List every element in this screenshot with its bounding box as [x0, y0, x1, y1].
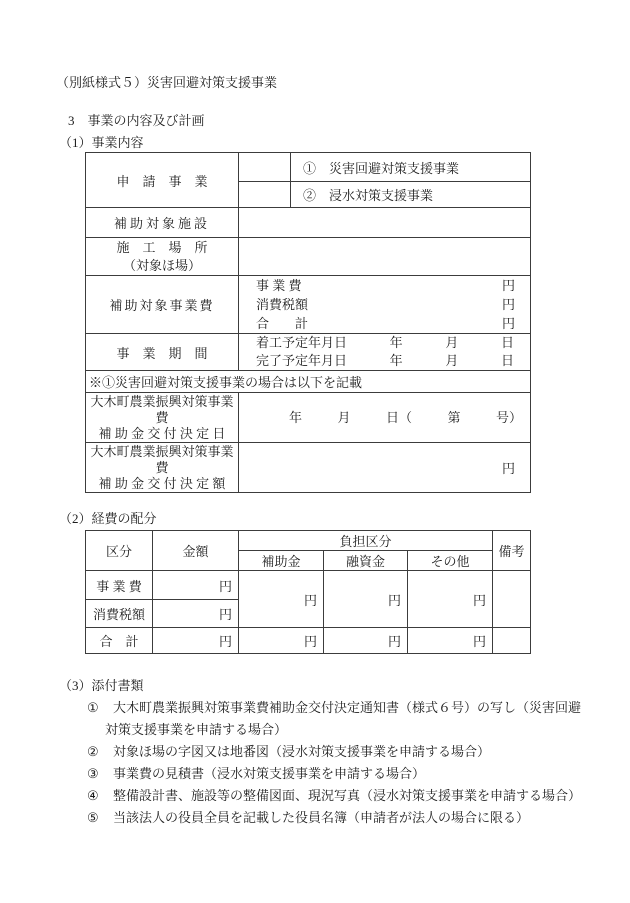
period-cell: 着工予定年月日 年 月 日 完了予定年月日 年 月 日 [239, 334, 531, 371]
grant-date-label-line2: 費 [86, 410, 238, 426]
project-detail-table: 申 請 事 業 ① 災害回避対策支援事業 ② 浸水対策支援事業 補助対象施設 施… [85, 152, 531, 493]
grant-amount-label-line3: 補 助 金 交 付 決 定 額 [86, 476, 238, 492]
attachment-4-line1: 整備設計書、施設等の整備図面、現況写真（浸水対策支援事業を申請する場合） [113, 785, 607, 807]
gokei-sonota-cell: 円 [408, 628, 493, 654]
cost-row-jigyohi-unit: 円 [502, 276, 515, 295]
grant-amount-label: 大木町農業振興対策事業 費 補 助 金 交 付 決 定 額 [86, 443, 239, 493]
gokei-yushikin-cell: 円 [324, 628, 408, 654]
note-row: ※①災害回避対策支援事業の場合は以下を記載 [86, 371, 531, 393]
row-label-jigyohi: 事 業 費 [86, 571, 153, 600]
attachments-list: ① 大木町農業振興対策事業費補助金交付決定通知書（様式６号）の写し（災害回避 対… [87, 697, 607, 829]
cost-breakdown-cell: 事 業 費 円 消費税額 円 合 計 円 [239, 276, 531, 334]
period-start-row: 着工予定年月日 年 月 日 [239, 334, 530, 352]
attachment-item-4: ④ 整備設計書、施設等の整備図面、現況写真（浸水対策支援事業を申請する場合） [87, 785, 607, 807]
option1-check-cell [239, 153, 291, 182]
site-input-cell [239, 238, 531, 276]
facility-input-cell [239, 208, 531, 238]
period-start-month: 月 [445, 334, 458, 352]
attachment-4-text: 整備設計書、施設等の整備図面、現況写真（浸水対策支援事業を申請する場合） [113, 785, 607, 807]
subsection2-title: （2）経費の配分 [59, 511, 157, 527]
col-header-yushikin: 融資金 [324, 551, 408, 571]
attachment-5-line1: 当該法人の役員全員を記載した役員名簿（申請者が法人の場合に限る） [113, 807, 607, 829]
period-end-day: 日 [501, 352, 514, 370]
section-title: 3 事業の内容及び計画 [68, 113, 205, 129]
grant-date-value-row: 年 月 日（ 第 号） [239, 410, 530, 426]
shohizei-kingaku-cell: 円 [153, 600, 239, 628]
grant-amount-label-line2: 費 [86, 460, 238, 476]
col-header-sonota: その他 [408, 551, 493, 571]
attachment-1-line1: 大木町農業振興対策事業費補助金交付決定通知書（様式６号）の写し（災害回避 [113, 697, 607, 719]
grant-date-value-cell: 年 月 日（ 第 号） [239, 393, 531, 443]
applied-project-label: 申 請 事 業 [86, 153, 239, 208]
jigyohi-kingaku-cell: 円 [153, 571, 239, 600]
cost-row-gokei-unit: 円 [502, 314, 515, 333]
document-page: （別紙様式５）災害回避対策支援事業 3 事業の内容及び計画 （1）事業内容 申 … [0, 0, 630, 903]
attachment-3-line1: 事業費の見積書（浸水対策支援事業を申請する場合） [113, 763, 607, 785]
attachment-1-text: 大木町農業振興対策事業費補助金交付決定通知書（様式６号）の写し（災害回避 対策支… [113, 697, 607, 741]
cost-row-jigyohi-name: 事 業 費 [256, 276, 302, 295]
row-label-gokei: 合 計 [86, 628, 153, 654]
option2-label: ② 浸水対策支援事業 [291, 182, 531, 208]
col-header-futankubun: 負担区分 [239, 531, 493, 551]
grant-date-year: 年 [289, 410, 302, 426]
subsection3-title: （3）添付書類 [59, 678, 144, 694]
cost-label: 補助対象事業費 [86, 276, 239, 334]
gokei-hojokin-cell: 円 [239, 628, 324, 654]
col-header-kingaku: 金額 [153, 531, 239, 571]
period-start-year: 年 [390, 334, 403, 352]
attachment-2-line1: 対象ほ場の字図又は地番図（浸水対策支援事業を申請する場合） [113, 741, 607, 763]
cost-row-gokei-name: 合 計 [256, 314, 308, 333]
subsection1-title: （1）事業内容 [59, 135, 144, 151]
attachment-item-1: ① 大木町農業振興対策事業費補助金交付決定通知書（様式６号）の写し（災害回避 対… [87, 697, 607, 741]
period-end-name: 完了予定年月日 [256, 352, 347, 370]
option1-label: ① 災害回避対策支援事業 [291, 153, 531, 182]
site-label-line1: 施 工 場 所 [86, 239, 238, 257]
cost-row-gokei: 合 計 円 [239, 314, 530, 333]
yushikin-merged-cell: 円 [324, 571, 408, 628]
attachment-4-number: ④ [87, 785, 113, 807]
gokei-kingaku-cell: 円 [153, 628, 239, 654]
biko-merged-cell [493, 571, 531, 628]
period-end-row: 完了予定年月日 年 月 日 [239, 352, 530, 370]
col-header-kubun: 区分 [86, 531, 153, 571]
grant-date-label-line1: 大木町農業振興対策事業 [86, 394, 238, 410]
facility-label: 補助対象施設 [86, 208, 239, 238]
attachment-3-number: ③ [87, 763, 113, 785]
gokei-biko-cell [493, 628, 531, 654]
grant-date-month: 月 [337, 410, 350, 426]
attachment-item-2: ② 対象ほ場の字図又は地番図（浸水対策支援事業を申請する場合） [87, 741, 607, 763]
cost-row-shohizei-unit: 円 [502, 295, 515, 314]
attachment-2-number: ② [87, 741, 113, 763]
col-header-biko: 備考 [493, 531, 531, 571]
grant-amount-label-line1: 大木町農業振興対策事業 [86, 444, 238, 460]
grant-date-number-prefix: 第 [447, 410, 460, 426]
period-start-name: 着工予定年月日 [256, 334, 347, 352]
form-label: （別紙様式５）災害回避対策支援事業 [56, 75, 277, 91]
col-header-hojokin: 補助金 [239, 551, 324, 571]
attachment-5-number: ⑤ [87, 807, 113, 829]
period-end-month: 月 [445, 352, 458, 370]
grant-date-label-line3: 補 助 金 交 付 決 定 日 [86, 426, 238, 442]
period-start-day: 日 [501, 334, 514, 352]
attachment-3-text: 事業費の見積書（浸水対策支援事業を申請する場合） [113, 763, 607, 785]
attachment-1-line2: 対策支援事業を申請する場合） [105, 719, 607, 741]
grant-amount-value-cell: 円 [239, 443, 531, 493]
grant-date-number-suffix: 号） [496, 410, 522, 426]
site-label: 施 工 場 所 （対象ほ場） [86, 238, 239, 276]
grant-date-day: 日（ [386, 410, 412, 426]
option2-check-cell [239, 182, 291, 208]
attachment-5-text: 当該法人の役員全員を記載した役員名簿（申請者が法人の場合に限る） [113, 807, 607, 829]
cost-row-shohizei: 消費税額 円 [239, 295, 530, 314]
cost-row-jigyohi: 事 業 費 円 [239, 276, 530, 295]
grant-date-label: 大木町農業振興対策事業 費 補 助 金 交 付 決 定 日 [86, 393, 239, 443]
hojokin-merged-cell: 円 [239, 571, 324, 628]
sonota-merged-cell: 円 [408, 571, 493, 628]
site-label-line2: （対象ほ場） [86, 257, 238, 275]
attachment-item-5: ⑤ 当該法人の役員全員を記載した役員名簿（申請者が法人の場合に限る） [87, 807, 607, 829]
budget-allocation-table: 区分 金額 負担区分 備考 補助金 融資金 その他 事 業 費 円 円 円 円 … [85, 530, 531, 654]
row-label-shohizei: 消費税額 [86, 600, 153, 628]
period-label: 事 業 期 間 [86, 334, 239, 371]
cost-row-shohizei-name: 消費税額 [256, 295, 308, 314]
attachment-2-text: 対象ほ場の字図又は地番図（浸水対策支援事業を申請する場合） [113, 741, 607, 763]
attachment-item-3: ③ 事業費の見積書（浸水対策支援事業を申請する場合） [87, 763, 607, 785]
period-end-year: 年 [390, 352, 403, 370]
